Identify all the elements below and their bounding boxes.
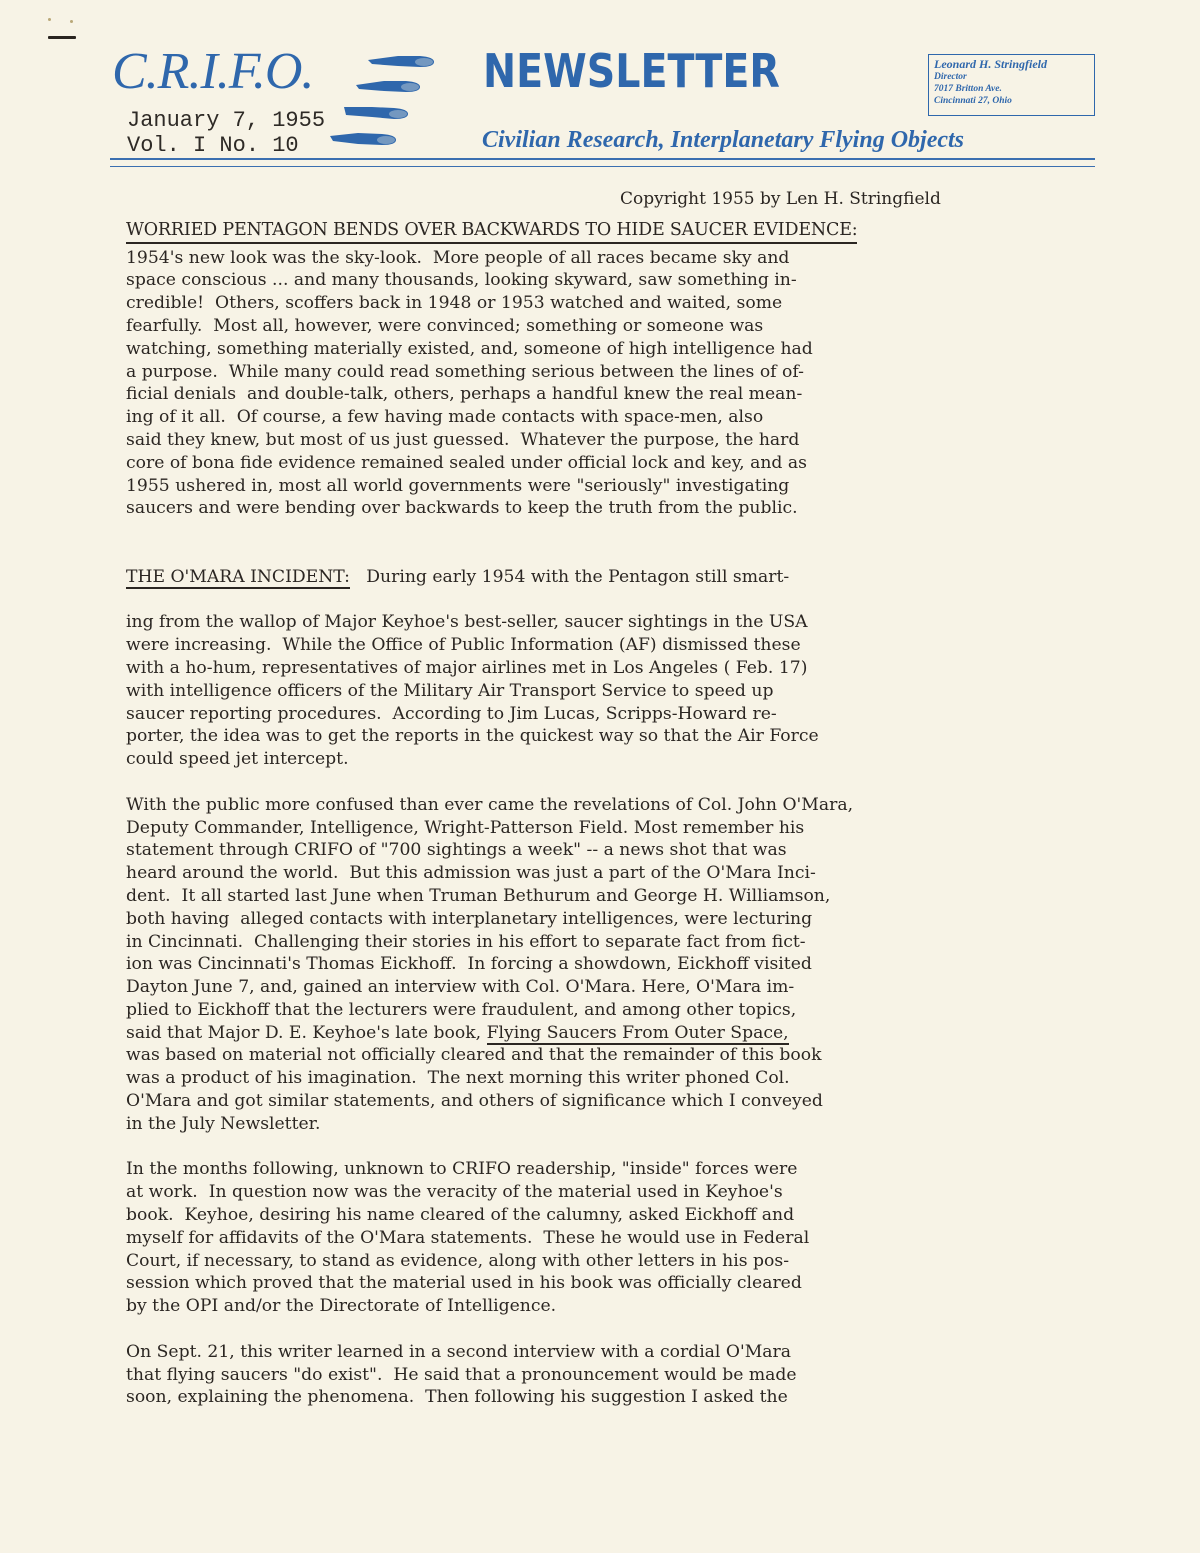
director-address-box: Leonard H. Stringfield Director 7017 Bri…	[928, 54, 1095, 116]
text-line: heard around the world. But this admissi…	[126, 862, 1106, 885]
text-line: said that Major D. E. Keyhoe's late book…	[126, 1022, 1106, 1045]
text-line: both having alleged contacts with interp…	[126, 908, 1106, 931]
text-line: could speed jet intercept.	[126, 748, 1106, 771]
article-paragraph: THE O'MARA INCIDENT: During early 1954 w…	[126, 543, 1106, 771]
text-line: fearfully. Most all, however, were convi…	[126, 315, 1106, 338]
text-line: dent. It all started last June when Trum…	[126, 885, 1106, 908]
masthead: C.R.I.F.O. NEWSLETTER Leonard H. Stringf…	[0, 0, 1200, 185]
text-line: space conscious ... and many thousands, …	[126, 269, 1106, 292]
text-line: credible! Others, scoffers back in 1948 …	[126, 292, 1106, 315]
text-line: ficial denials and double-talk, others, …	[126, 383, 1106, 406]
text-line: with intelligence officers of the Milita…	[126, 680, 1106, 703]
director-name: Leonard H. Stringfield	[934, 57, 1089, 71]
text-line: by the OPI and/or the Directorate of Int…	[126, 1295, 1106, 1318]
masthead-divider	[110, 158, 1095, 167]
director-role: Director	[934, 71, 1089, 83]
article-headline: WORRIED PENTAGON BENDS OVER BACKWARDS TO…	[126, 219, 857, 244]
text-line: 1954's new look was the sky-look. More p…	[126, 247, 1106, 270]
text-line: With the public more confused than ever …	[126, 794, 1106, 817]
copyright-notice: Copyright 1955 by Len H. Stringfield	[620, 188, 1106, 211]
text-line: with a ho-hum, representatives of major …	[126, 657, 1106, 680]
issue-volume: Vol. I No. 10	[127, 133, 299, 158]
flying-saucer-icon	[330, 48, 460, 148]
text-line: porter, the idea was to get the reports …	[126, 725, 1106, 748]
text-line: watching, something materially existed, …	[126, 338, 1106, 361]
text-line: 1955 ushered in, most all world governme…	[126, 475, 1106, 498]
text-line: Deputy Commander, Intelligence, Wright-P…	[126, 817, 1106, 840]
text-line: myself for affidavits of the O'Mara stat…	[126, 1227, 1106, 1250]
section-subhead: THE O'MARA INCIDENT:	[126, 567, 350, 589]
text-line: in the July Newsletter.	[126, 1113, 1106, 1136]
text-line: in Cincinnati. Challenging their stories…	[126, 931, 1106, 954]
text-line: at work. In question now was the veracit…	[126, 1181, 1106, 1204]
address-city: Cincinnati 27, Ohio	[934, 95, 1089, 107]
text-line: ing from the wallop of Major Keyhoe's be…	[126, 611, 1106, 634]
newsletter-title: NEWSLETTER	[483, 44, 780, 98]
text-line: was based on material not officially cle…	[126, 1044, 1106, 1067]
text-line: saucers and were bending over backwards …	[126, 497, 1106, 520]
text-line: Court, if necessary, to stand as evidenc…	[126, 1250, 1106, 1273]
text-line: a purpose. While many could read somethi…	[126, 361, 1106, 384]
article-paragraph: In the months following, unknown to CRIF…	[126, 1158, 1106, 1318]
issue-date: January 7, 1955	[127, 108, 325, 133]
text-line: ion was Cincinnati's Thomas Eickhoff. In…	[126, 953, 1106, 976]
article-paragraph: 1954's new look was the sky-look. More p…	[126, 247, 1106, 521]
text-line: said they knew, but most of us just gues…	[126, 429, 1106, 452]
article: Copyright 1955 by Len H. Stringfield WOR…	[126, 188, 1106, 1432]
text-line: plied to Eickhoff that the lecturers wer…	[126, 999, 1106, 1022]
text-line: O'Mara and got similar statements, and o…	[126, 1090, 1106, 1113]
text-line: that flying saucers "do exist". He said …	[126, 1364, 1106, 1387]
article-paragraph: With the public more confused than ever …	[126, 794, 1106, 1136]
text-line: Dayton June 7, and, gained an interview …	[126, 976, 1106, 999]
text-line: session which proved that the material u…	[126, 1272, 1106, 1295]
paragraph-text: During early 1954 with the Pentagon stil…	[350, 567, 789, 587]
text-line: book. Keyhoe, desiring his name cleared …	[126, 1204, 1106, 1227]
text-line: was a product of his imagination. The ne…	[126, 1067, 1106, 1090]
logo: C.R.I.F.O.	[112, 42, 313, 101]
text-line: were increasing. While the Office of Pub…	[126, 634, 1106, 657]
text-line: soon, explaining the phenomena. Then fol…	[126, 1386, 1106, 1409]
text-line: saucer reporting procedures. According t…	[126, 703, 1106, 726]
text-line: On Sept. 21, this writer learned in a se…	[126, 1341, 1106, 1364]
address-street: 7017 Britton Ave.	[934, 83, 1089, 95]
text-line: statement through CRIFO of "700 sighting…	[126, 839, 1106, 862]
paragraph-text: said that Major D. E. Keyhoe's late book…	[126, 1023, 487, 1043]
text-line: ing of it all. Of course, a few having m…	[126, 406, 1106, 429]
article-paragraph: On Sept. 21, this writer learned in a se…	[126, 1341, 1106, 1409]
newsletter-subtitle: Civilian Research, Interplanetary Flying…	[482, 127, 964, 154]
text-line: In the months following, unknown to CRIF…	[126, 1158, 1106, 1181]
book-title: Flying Saucers From Outer Space,	[487, 1023, 789, 1045]
text-line: core of bona fide evidence remained seal…	[126, 452, 1106, 475]
